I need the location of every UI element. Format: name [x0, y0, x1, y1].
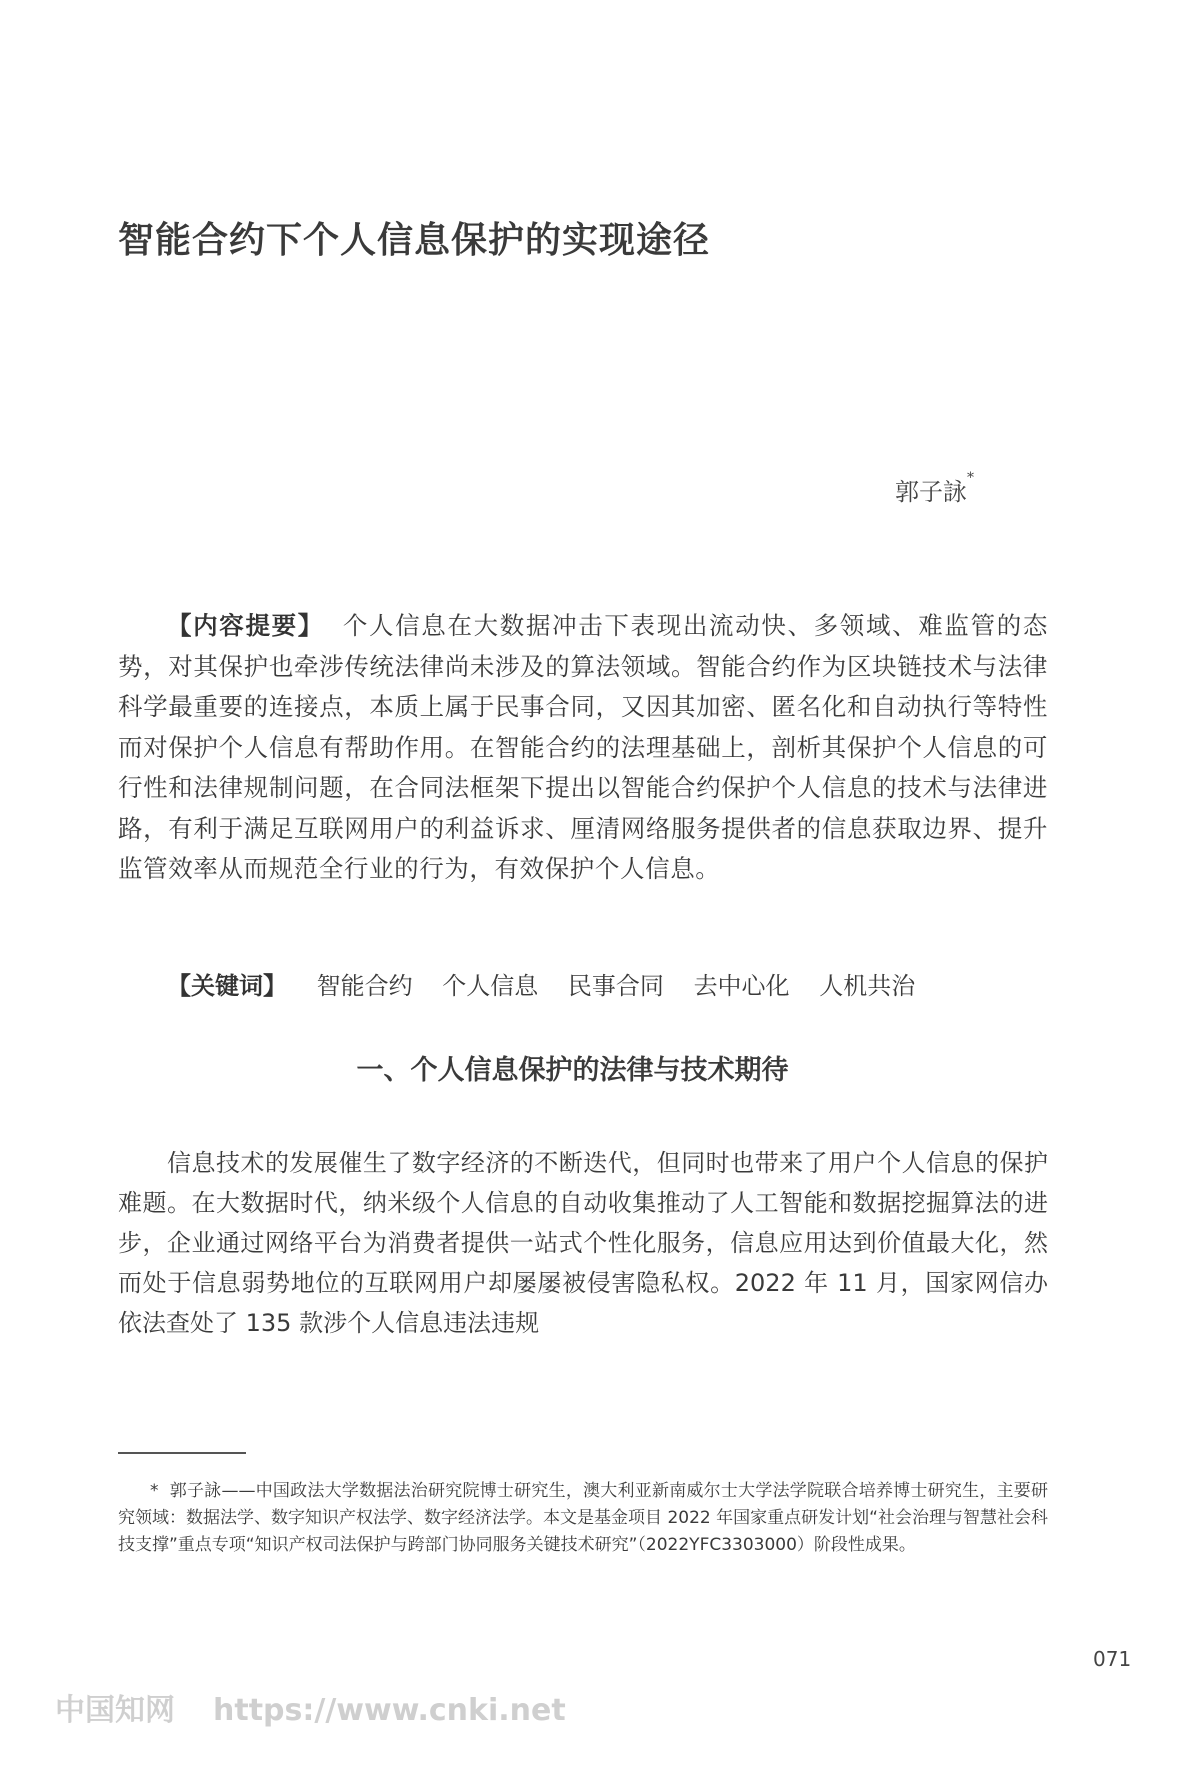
- abstract: 【内容提要】 个人信息在大数据冲击下表现出流动快、多领域、难监管的态势，对其保护…: [118, 606, 1048, 890]
- watermark-url: https://www.cnki.net: [213, 1693, 566, 1728]
- keyword: 智能合约: [317, 972, 413, 1000]
- footnote-text: 郭子詠——中国政法大学数据法治研究院博士研究生，澳大利亚新南威尔士大学法学院联合…: [118, 1481, 1048, 1555]
- keywords: 【关键词】 智能合约 个人信息 民事合同 去中心化 人机共治: [167, 966, 915, 1006]
- page-number: 071: [1093, 1647, 1131, 1671]
- author-line: 郭子詠*: [895, 472, 974, 507]
- footnote: * 郭子詠——中国政法大学数据法治研究院博士研究生，澳大利亚新南威尔士大学法学院…: [118, 1478, 1048, 1559]
- footnote-entry: * 郭子詠——中国政法大学数据法治研究院博士研究生，澳大利亚新南威尔士大学法学院…: [118, 1478, 1048, 1559]
- watermark-brand: 中国知网: [55, 1693, 175, 1728]
- section-heading: 一、个人信息保护的法律与技术期待: [0, 1048, 1200, 1087]
- abstract-label: 【内容提要】: [167, 611, 324, 640]
- footnote-divider: [118, 1452, 246, 1454]
- author-name: 郭子詠: [895, 478, 967, 506]
- watermark: 中国知网https://www.cnki.net: [55, 1685, 566, 1729]
- keyword: 民事合同: [568, 972, 664, 1000]
- keyword: 去中心化: [694, 972, 790, 1000]
- body-paragraph: 信息技术的发展催生了数字经济的不断迭代，但同时也带来了用户个人信息的保护难题。在…: [118, 1143, 1048, 1343]
- keywords-label: 【关键词】: [167, 972, 287, 1000]
- keyword: 个人信息: [442, 972, 538, 1000]
- keyword: 人机共治: [819, 972, 915, 1000]
- footnote-mark: *: [150, 1481, 159, 1501]
- abstract-text: 个人信息在大数据冲击下表现出流动快、多领域、难监管的态势，对其保护也牵涉传统法律…: [118, 611, 1048, 883]
- article-title: 智能合约下个人信息保护的实现途径: [118, 212, 710, 263]
- author-footnote-mark[interactable]: *: [967, 470, 974, 486]
